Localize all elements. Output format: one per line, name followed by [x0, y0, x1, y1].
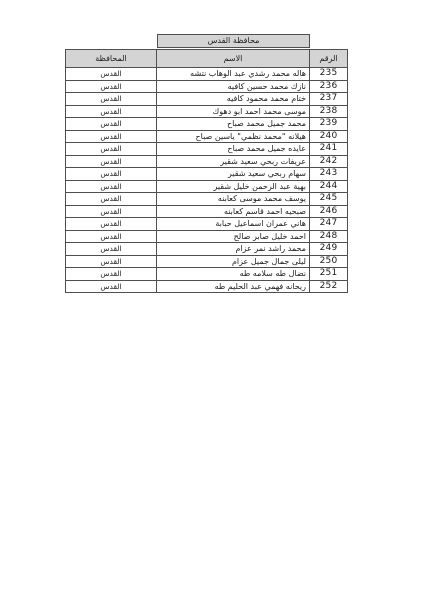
row-name-cell: محمد راشد نمر عزام — [157, 243, 310, 256]
table-row: 250 ليلى جمال جميل عزام القدس — [66, 255, 348, 268]
row-governorate-cell: القدس — [66, 268, 157, 281]
row-name-cell: هيلانه "محمد نظمي" ياسين صباح — [157, 130, 310, 143]
row-number-cell: 243 — [310, 168, 348, 181]
names-table: الرقم الاسم المحافظة 235 هاله محمد رشدي … — [65, 49, 348, 293]
row-name-cell: بهية عبد الرحمن خليل شقير — [157, 180, 310, 193]
table-row: 245 يوسف محمد موسى كعابنه القدس — [66, 193, 348, 206]
row-name-cell: عايده جميل محمد صباح — [157, 143, 310, 156]
table-row: 246 صبحيه احمد قاسم كعابنه القدس — [66, 205, 348, 218]
table-row: 237 ختام محمد محمود كافيه القدس — [66, 93, 348, 106]
row-name-cell: عريفات ربحي سعيد شقير — [157, 155, 310, 168]
row-number-cell: 251 — [310, 268, 348, 281]
column-header-governorate: المحافظة — [66, 50, 157, 68]
row-number-cell: 238 — [310, 105, 348, 118]
column-header-name: الاسم — [157, 50, 310, 68]
table-row: 249 محمد راشد نمر عزام القدس — [66, 243, 348, 256]
row-name-cell: صبحيه احمد قاسم كعابنه — [157, 205, 310, 218]
row-governorate-cell: القدس — [66, 180, 157, 193]
row-number-cell: 236 — [310, 80, 348, 93]
row-number-cell: 242 — [310, 155, 348, 168]
table-row: 239 محمد جميل محمد صباح القدس — [66, 118, 348, 131]
row-name-cell: يوسف محمد موسى كعابنه — [157, 193, 310, 206]
row-number-cell: 240 — [310, 130, 348, 143]
table-row: 235 هاله محمد رشدي عبد الوهاب نتشه القدس — [66, 68, 348, 81]
table-row: 247 هاني عمران اسماعيل حبابة القدس — [66, 218, 348, 231]
row-name-cell: هاله محمد رشدي عبد الوهاب نتشه — [157, 68, 310, 81]
governorate-title-cell: محافظة القدس — [157, 34, 310, 48]
row-name-cell: ختام محمد محمود كافيه — [157, 93, 310, 106]
row-governorate-cell: القدس — [66, 130, 157, 143]
row-name-cell: ليلى جمال جميل عزام — [157, 255, 310, 268]
row-name-cell: نضال طه سلامه طه — [157, 268, 310, 281]
table-row: 240 هيلانه "محمد نظمي" ياسين صباح القدس — [66, 130, 348, 143]
table-row: 252 ريحانه فهمي عبد الحليم طه القدس — [66, 280, 348, 293]
table-body: 235 هاله محمد رشدي عبد الوهاب نتشه القدس… — [66, 68, 348, 293]
row-governorate-cell: القدس — [66, 168, 157, 181]
row-number-cell: 248 — [310, 230, 348, 243]
row-number-cell: 237 — [310, 93, 348, 106]
row-governorate-cell: القدس — [66, 80, 157, 93]
row-governorate-cell: القدس — [66, 243, 157, 256]
row-governorate-cell: القدس — [66, 105, 157, 118]
row-number-cell: 239 — [310, 118, 348, 131]
row-governorate-cell: القدس — [66, 155, 157, 168]
row-name-cell: محمد جميل محمد صباح — [157, 118, 310, 131]
row-governorate-cell: القدس — [66, 68, 157, 81]
row-number-cell: 249 — [310, 243, 348, 256]
table-row: 251 نضال طه سلامه طه القدس — [66, 268, 348, 281]
row-name-cell: احمد خليل صابر صالح — [157, 230, 310, 243]
document-page: محافظة القدس الرقم الاسم المحافظة 235 ها… — [0, 0, 424, 600]
row-governorate-cell: القدس — [66, 143, 157, 156]
row-governorate-cell: القدس — [66, 230, 157, 243]
table-row: 248 احمد خليل صابر صالح القدس — [66, 230, 348, 243]
row-governorate-cell: القدس — [66, 218, 157, 231]
row-governorate-cell: القدس — [66, 255, 157, 268]
row-number-cell: 235 — [310, 68, 348, 81]
table-row: 238 موسى محمد احمد ابو دهوك القدس — [66, 105, 348, 118]
row-number-cell: 250 — [310, 255, 348, 268]
row-name-cell: سهام ربحي سعيد شقير — [157, 168, 310, 181]
row-governorate-cell: القدس — [66, 205, 157, 218]
row-governorate-cell: القدس — [66, 193, 157, 206]
row-number-cell: 241 — [310, 143, 348, 156]
table-row: 242 عريفات ربحي سعيد شقير القدس — [66, 155, 348, 168]
row-name-cell: موسى محمد احمد ابو دهوك — [157, 105, 310, 118]
row-name-cell: نازك محمد حسين كافيه — [157, 80, 310, 93]
row-name-cell: هاني عمران اسماعيل حبابة — [157, 218, 310, 231]
row-number-cell: 245 — [310, 193, 348, 206]
row-governorate-cell: القدس — [66, 93, 157, 106]
row-governorate-cell: القدس — [66, 118, 157, 131]
row-number-cell: 244 — [310, 180, 348, 193]
row-number-cell: 246 — [310, 205, 348, 218]
table-row: 244 بهية عبد الرحمن خليل شقير القدس — [66, 180, 348, 193]
table-row: 241 عايده جميل محمد صباح القدس — [66, 143, 348, 156]
row-number-cell: 247 — [310, 218, 348, 231]
table-row: 243 سهام ربحي سعيد شقير القدس — [66, 168, 348, 181]
row-governorate-cell: القدس — [66, 280, 157, 293]
column-header-number: الرقم — [310, 50, 348, 68]
table-row: 236 نازك محمد حسين كافيه القدس — [66, 80, 348, 93]
row-number-cell: 252 — [310, 280, 348, 293]
row-name-cell: ريحانه فهمي عبد الحليم طه — [157, 280, 310, 293]
table-header-row: الرقم الاسم المحافظة — [66, 50, 348, 68]
